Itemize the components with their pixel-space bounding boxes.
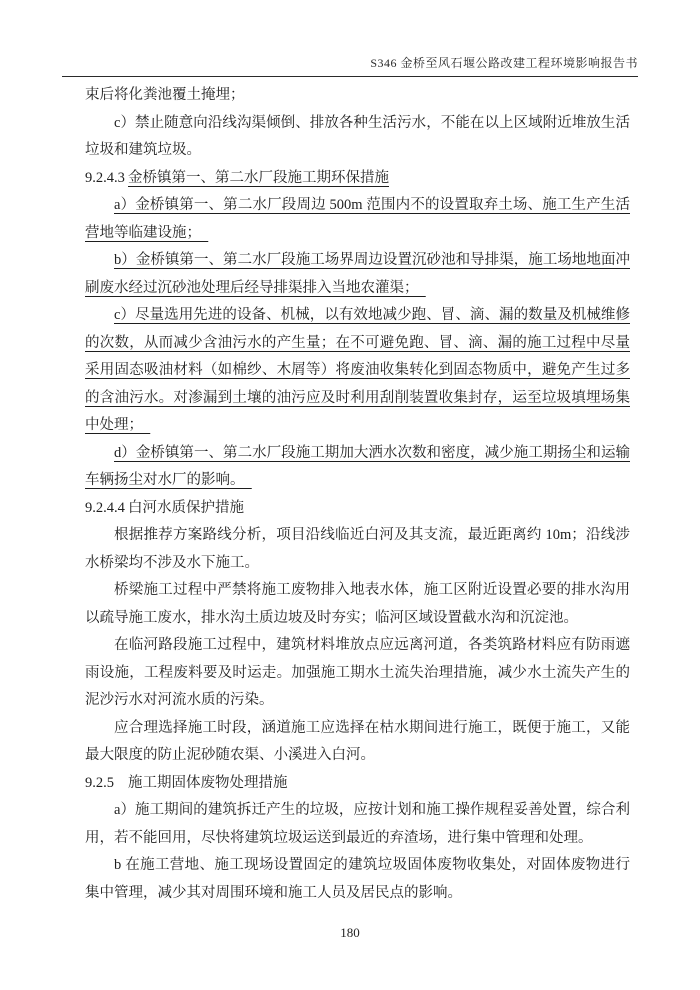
paragraph-a-water-plant-500m: a）金桥镇第一、第二水厂段周边 500m 范围内不的设置取弃土场、施工生产生活营… <box>85 192 630 247</box>
header-rule <box>62 76 638 77</box>
paragraph-d-dust-watering: d）金桥镇第一、第二水厂段施工期加大洒水次数和密度，减少施工期扬尘和运输车辆扬尘… <box>85 440 630 495</box>
section-number: 9.2.4.3 <box>85 165 128 193</box>
paragraph-b-sand-basin: b）金桥镇第一、第二水厂段施工场界周边设置沉砂池和导排渠，施工场地地面冲刷废水经… <box>85 247 630 302</box>
paragraph-baihe-route-analysis: 根据推荐方案路线分析，项目沿线临近白河及其支流，最近距离约 10m；沿线涉水桥梁… <box>85 522 630 577</box>
paragraph-riverside-materials: 在临河路段施工过程中，建筑材料堆放点应远离河道，各类筑路材料应有防雨遮雨设施，工… <box>85 632 630 715</box>
header-title: S346 金桥至风石堰公路改建工程环境影响报告书 <box>370 56 638 70</box>
section-title: 金桥镇第一、第二水厂段施工期环保措施 <box>128 170 389 186</box>
section-heading-9-2-5: 9.2.5施工期固体废物处理措施 <box>85 770 630 798</box>
paragraph-dry-season-culvert: 应合理选择施工时段，涵道施工应选择在枯水期间进行施工，既便于施工，又能最大限度的… <box>85 715 630 770</box>
document-page: S346 金桥至风石堰公路改建工程环境影响报告书 束后将化粪池覆土掩埋； c）禁… <box>0 0 700 990</box>
page-number: 180 <box>0 925 700 941</box>
section-heading-9-2-4-3: 9.2.4.3金桥镇第一、第二水厂段施工期环保措施 <box>85 165 630 193</box>
section-number: 9.2.4.4 <box>85 495 128 523</box>
document-content: 束后将化粪池覆土掩埋； c）禁止随意向沿线沟渠倾倒、排放各种生活污水，不能在以上… <box>85 82 630 907</box>
section-number: 9.2.5 <box>85 770 128 798</box>
paragraph-c-oil-wastewater: c）尽量选用先进的设备、机械，以有效地减少跑、冒、滴、漏的数量及机械维修的次数，… <box>85 302 630 440</box>
paragraph-b-waste-collection: b 在施工营地、施工现场设置固定的建筑垃圾固体废物收集处，对固体废物进行集中管理… <box>85 852 630 907</box>
section-heading-9-2-4-4: 9.2.4.4白河水质保护措施 <box>85 495 630 523</box>
paragraph-bridge-construction: 桥梁施工过程中严禁将施工废物排入地表水体，施工区附近设置必要的排水沟用以疏导施工… <box>85 577 630 632</box>
section-title: 白河水质保护措施 <box>128 500 244 516</box>
paragraph-continuation-septic-tank: 束后将化粪池覆土掩埋； <box>85 82 630 110</box>
page-header: S346 金桥至风石堰公路改建工程环境影响报告书 <box>62 54 638 71</box>
paragraph-c-sewage-ban: c）禁止随意向沿线沟渠倾倒、排放各种生活污水，不能在以上区域附近堆放生活垃圾和建… <box>85 110 630 165</box>
section-title: 施工期固体废物处理措施 <box>128 775 288 791</box>
paragraph-a-demolition-waste: a）施工期间的建筑拆迁产生的垃圾，应按计划和施工操作规程妥善处置，综合利用，若不… <box>85 797 630 852</box>
